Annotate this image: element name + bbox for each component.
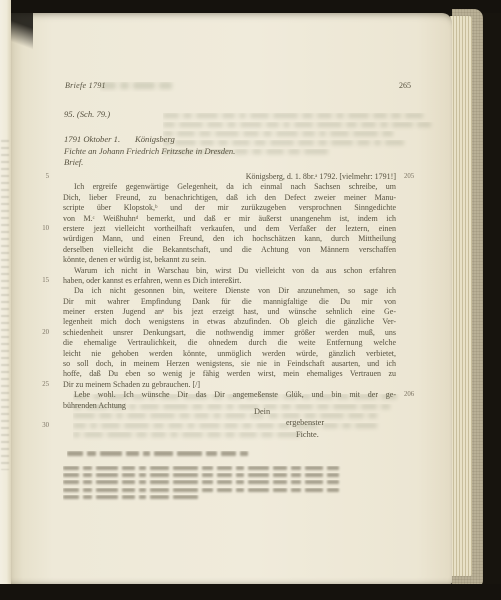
body-line: schiedenheit unsrer Denkungsart, die not…: [63, 328, 396, 338]
blurred-text-line: [73, 394, 403, 404]
margin-line-number: 25: [29, 380, 49, 390]
body-line: so soll doch, in meinem Herzen wenigsten…: [63, 359, 396, 369]
body-line: von M.ᶜ Weißhuhnᵈ bemerkt, und daß er mi…: [63, 214, 396, 224]
letter-body: Königsberg, d. 1. 8br.ᵃ 1792. [vielmehr:…: [63, 172, 396, 411]
facing-page-edge: [0, 0, 11, 584]
margin-line-number: 5: [29, 172, 49, 182]
blurred-commentary-block: [63, 466, 365, 502]
body-line: haben, oder kannst es erfahren, wenn es …: [63, 276, 396, 286]
page-stack-edge: [450, 16, 472, 576]
letter-date: 1791 Oktober 1.: [64, 134, 120, 146]
margin-line-number: 10: [29, 224, 49, 234]
spine-shadow: [11, 13, 33, 59]
blurred-text-line: [73, 413, 399, 423]
blurred-text-line: [63, 488, 359, 495]
showthrough-top-right: [163, 113, 435, 158]
blurred-text-line: [63, 473, 361, 480]
body-line: meiner ersten Jugend anᵉ bis jezt erzeig…: [63, 307, 396, 317]
blurred-text-line: [163, 149, 351, 158]
blurred-text-line: [73, 432, 313, 442]
blurred-text-line: [63, 466, 365, 473]
body-line: Dir zu meinem Schaden zu gebrauchen. [/]…: [63, 380, 396, 390]
body-line: derselben vielleicht die Bekanntschaft, …: [63, 245, 396, 255]
blurred-text-line: [163, 131, 413, 140]
blurred-text-line: [73, 423, 391, 433]
margin-line-number: 20: [29, 328, 49, 338]
facing-page-ghost-text: [1, 140, 9, 470]
blurred-text-line: [163, 122, 435, 131]
body-line: hoffe, daß Du eben so wenig je fähig wer…: [63, 369, 396, 379]
blurred-text-line: [63, 480, 363, 487]
body-line: scripte über Klopstok,ᵇ und der mir zurü…: [63, 203, 396, 213]
body-line: Da ich nicht gesonnen bin, weitere Diens…: [63, 286, 396, 296]
blurred-apparatus-line: [67, 451, 275, 459]
body-line: Dir mit wahrer Empfindung Dank für die m…: [63, 297, 396, 307]
blurred-text-line: [163, 140, 425, 149]
body-line: Königsberg, d. 1. 8br.ᵃ 1792. [vielmehr:…: [63, 172, 396, 182]
showthrough-closing: [73, 394, 403, 442]
page-number: 265: [399, 81, 411, 90]
photographed-book-page: Briefe 1791 265 95. (Sch. 79.) 1791 Okto…: [0, 0, 501, 600]
background-top-band: [11, 0, 501, 13]
body-line: Ich ergreife gegenwärtige Gelegenheit, d…: [63, 182, 396, 192]
body-line: Warum ich nicht in Warschau bin, wirst D…: [63, 266, 396, 276]
margin-line-number: 15: [29, 276, 49, 286]
blurred-text-line: [63, 495, 215, 502]
body-line: würdigen Mann, und einen Freund, den ich…: [63, 234, 396, 244]
body-line: erstere jezt vielleicht vortheilhaft ver…: [63, 224, 396, 234]
blurred-text-line: [67, 451, 275, 459]
blurred-text-line: [100, 82, 182, 92]
body-line: die ehemalige Vertraulichkeit, die ohned…: [63, 338, 396, 348]
margin-page-number: 206: [404, 390, 414, 400]
margin-page-number: 205: [404, 172, 414, 182]
scanned-page: Briefe 1791 265 95. (Sch. 79.) 1791 Okto…: [11, 13, 452, 584]
background-bottom-band: [0, 584, 501, 600]
margin-line-number-30: 30: [29, 422, 49, 429]
blurred-text-line: [73, 404, 395, 414]
body-line: leicht nie gehoben werden könnte, unmögl…: [63, 349, 396, 359]
body-line: legenheit mich doch wenigstens in etwas …: [63, 317, 396, 327]
body-line: Dich, lieber Freund, zu benachrichtigen,…: [63, 193, 396, 203]
letter-kind: Brief.: [64, 157, 83, 169]
header-stamp-blur: [100, 82, 182, 92]
body-line: könnte, denen er würdig ist, bekannt zu …: [63, 255, 396, 265]
letter-number: 95. (Sch. 79.): [64, 109, 110, 121]
blurred-text-line: [163, 113, 431, 122]
